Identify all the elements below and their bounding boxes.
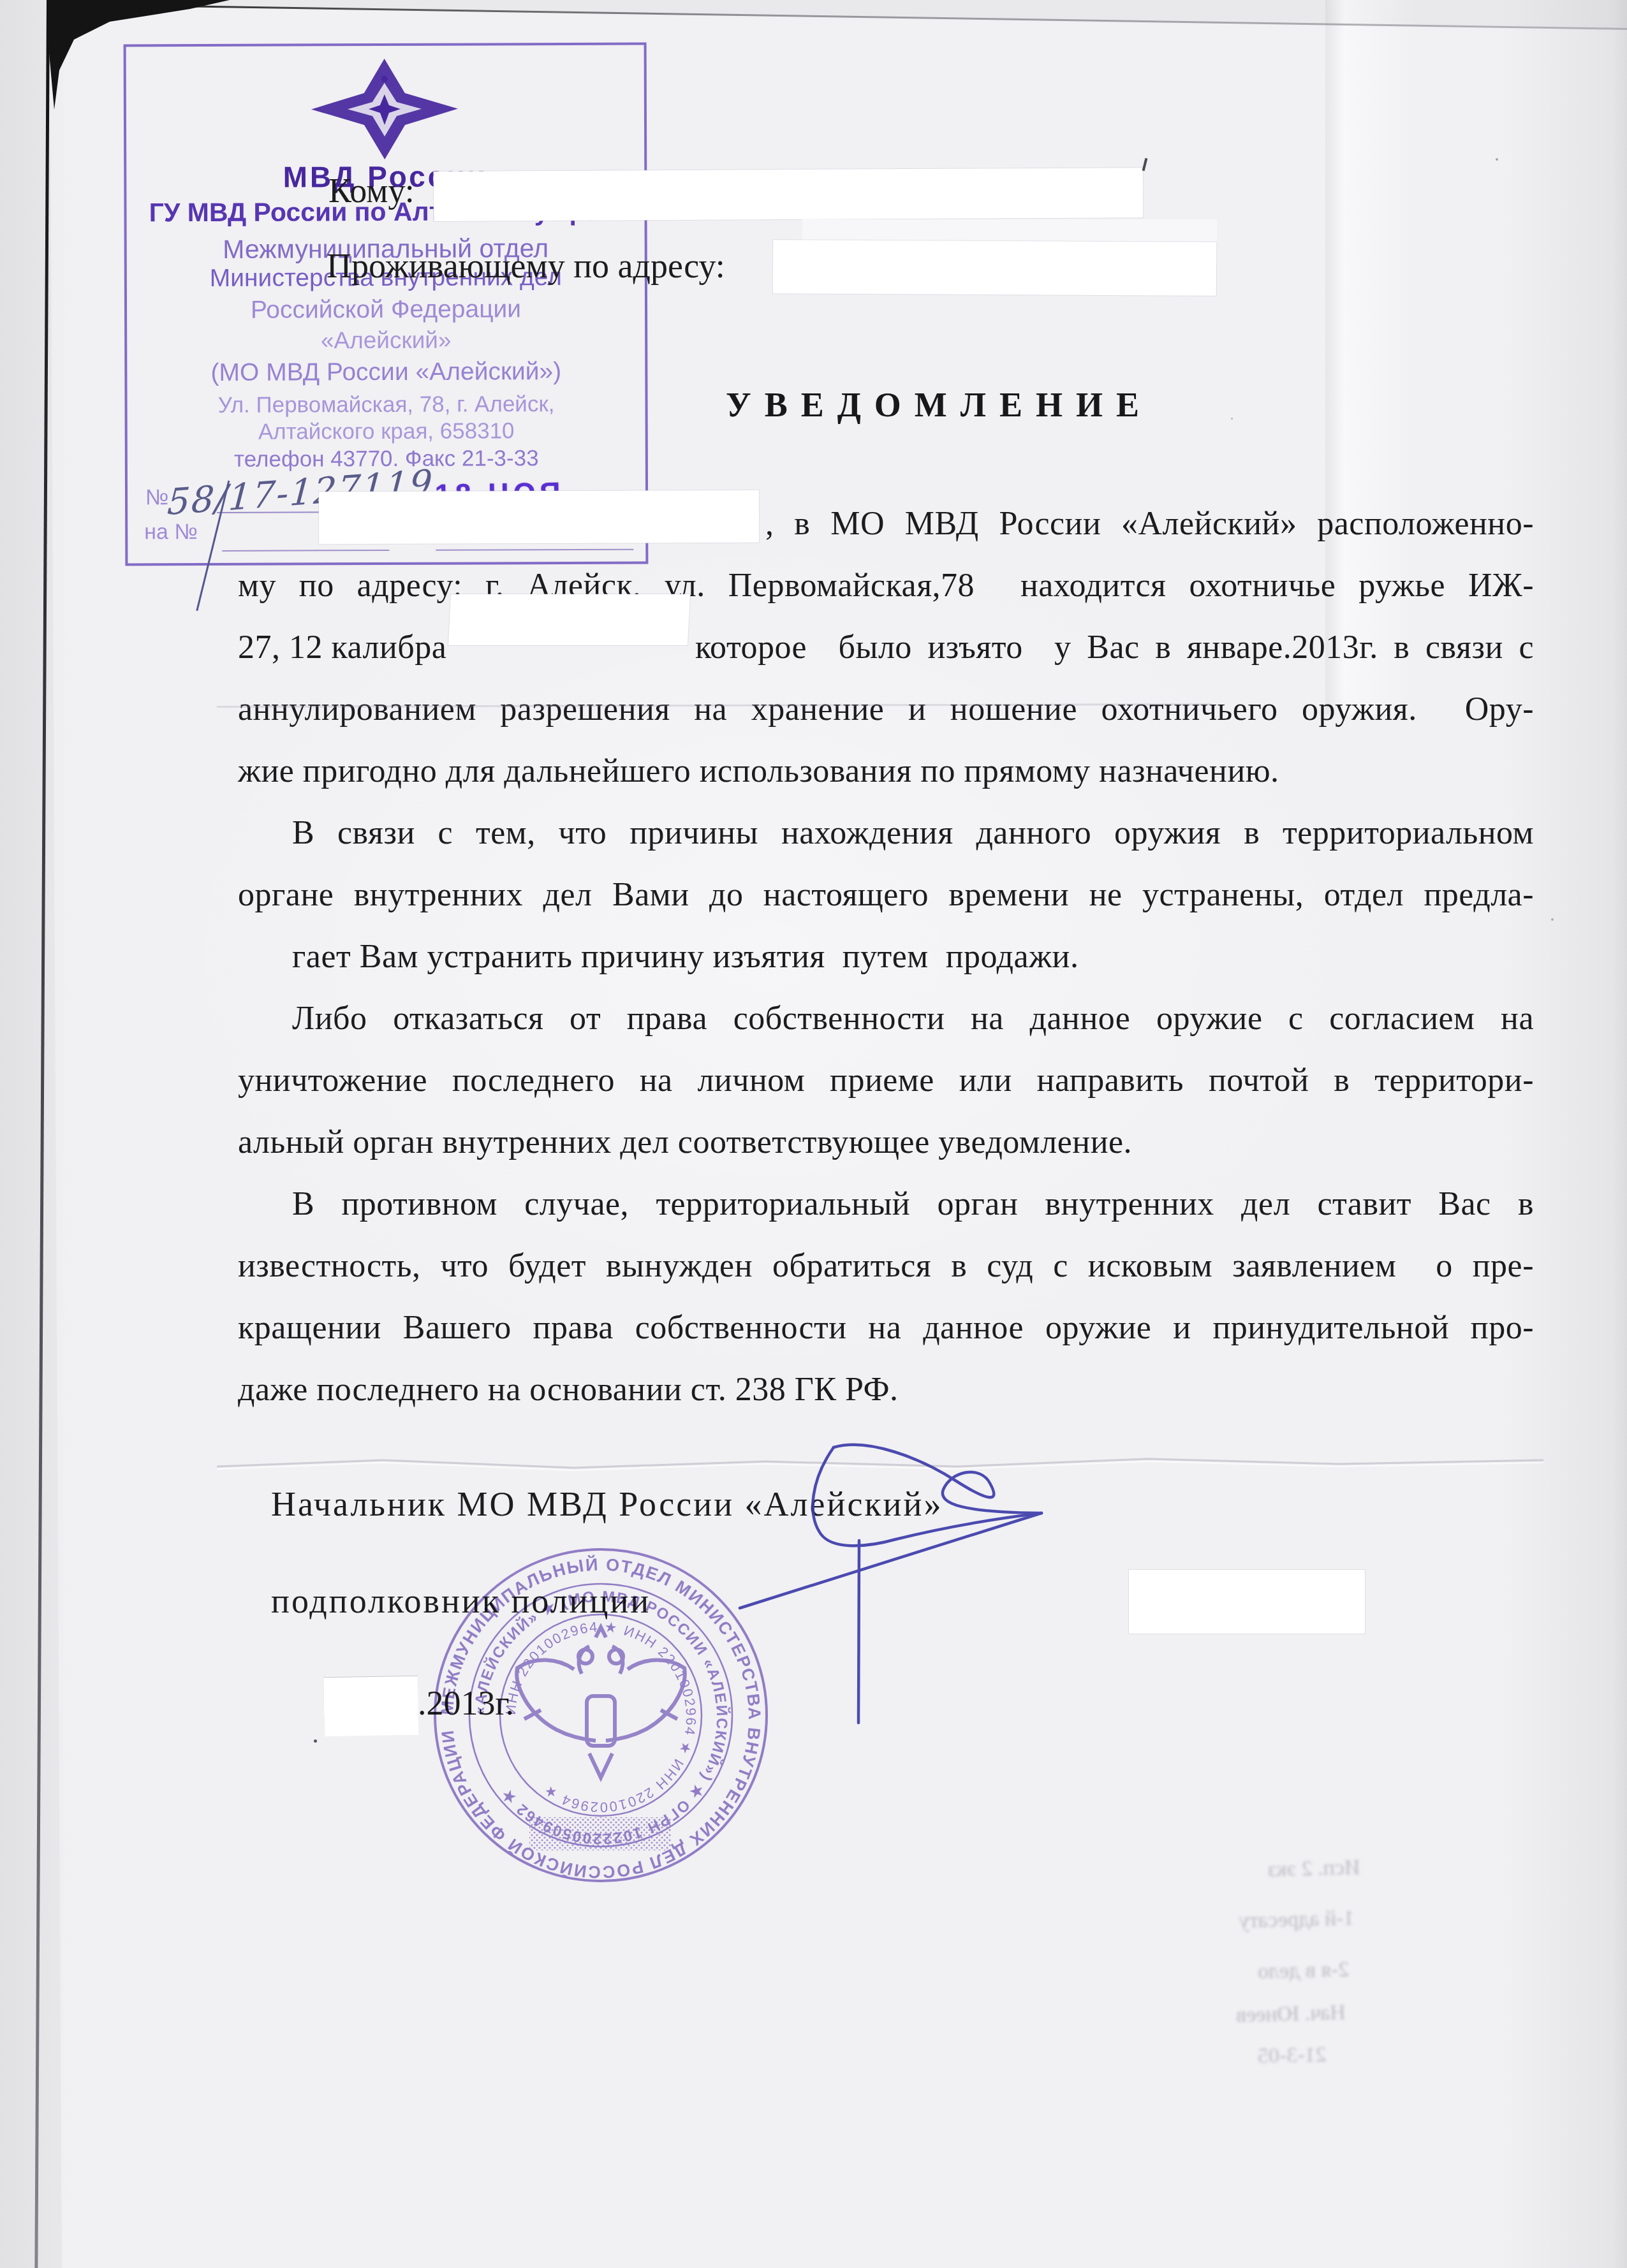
body-line: аннулированием разрешения на хранение и …	[238, 691, 1534, 728]
stamp-number-prefix: №	[145, 485, 169, 510]
bleed-through-line: Исп. 2 экз	[1268, 1855, 1360, 1882]
bleed-through-line: Нач. Юнеев	[1236, 2001, 1346, 2028]
ink-speck	[314, 1739, 317, 1743]
letter-title: УВЕДОМЛЕНИЕ	[726, 385, 1152, 425]
dust-speck	[1231, 418, 1233, 420]
redaction-box-line1	[319, 490, 759, 544]
seal-hatched-field	[529, 1817, 671, 1850]
body-line: даже последнего на основании ст. 238 ГК …	[238, 1371, 1534, 1408]
body-line: В противном случае, территориальный орга…	[238, 1185, 1534, 1223]
bleed-through-line: 1-й адресату	[1239, 1906, 1355, 1934]
redaction-box-date	[323, 1676, 419, 1737]
stamp-line: «Алейский»	[127, 326, 645, 355]
redaction-box-address	[773, 240, 1216, 296]
stamp-line: Ул. Первомайская, 78, г. Алейск,	[127, 391, 645, 419]
body-line: которое было изъято у Вас в январе.2013г…	[695, 629, 1534, 666]
body-line: органе внутренних дел Вами до настоящего…	[238, 876, 1534, 914]
stamp-line: Алтайского края, 658310	[128, 418, 645, 446]
stamp-line: (МО МВД России «Алейский»)	[127, 358, 645, 388]
recipient-to-label: Кому:	[328, 171, 415, 210]
scanned-letter-screenshot: МВД России ГУ МВД России по Алтайскому к…	[0, 0, 1627, 2268]
body-line: жие пригодно для дальнейшего использован…	[238, 752, 1534, 790]
body-line: уничтожение последнего на личном приеме …	[238, 1062, 1534, 1099]
body-line: кращении Вашего права собственности на д…	[238, 1309, 1534, 1347]
stamp-underline	[222, 550, 389, 552]
body-line: му по адресу: г. Алейск, ул. Первомайска…	[238, 567, 1534, 604]
body-line: В связи с тем, что причины нахождения да…	[238, 814, 1534, 852]
body-line: Либо отказаться от права собственности н…	[238, 1000, 1534, 1037]
body-line: , в МО МВД России «Алейский» расположенн…	[765, 505, 1534, 543]
redaction-box-caliber	[448, 594, 690, 645]
stamp-line: Российской Федерации	[127, 295, 645, 325]
stamp-underline	[436, 549, 633, 551]
redaction-box-recipient-name	[434, 168, 1143, 221]
dust-speck	[1551, 918, 1554, 921]
stamp-ref-prefix: на №	[144, 520, 198, 545]
bleed-through-line: 2-я в дело	[1258, 1957, 1350, 1984]
body-line: известность, что будет вынужден обратить…	[238, 1247, 1534, 1285]
corner-stamp: МВД России ГУ МВД России по Алтайскому к…	[124, 43, 649, 566]
redaction-box-signer-name	[1129, 1570, 1365, 1634]
body-line: альный орган внутренних дел соответствую…	[238, 1123, 1534, 1161]
mvd-emblem-icon	[308, 55, 462, 164]
bleed-through-line: 21-3-05	[1258, 2043, 1327, 2069]
recipient-address-label: Проживающему по адресу:	[327, 246, 725, 286]
scan-page-left-edge	[34, 0, 50, 2268]
handwritten-signature	[702, 1422, 1097, 1753]
body-line: гает Вам устранить причину изъятия путем…	[238, 938, 1534, 976]
dust-speck	[1496, 158, 1498, 161]
